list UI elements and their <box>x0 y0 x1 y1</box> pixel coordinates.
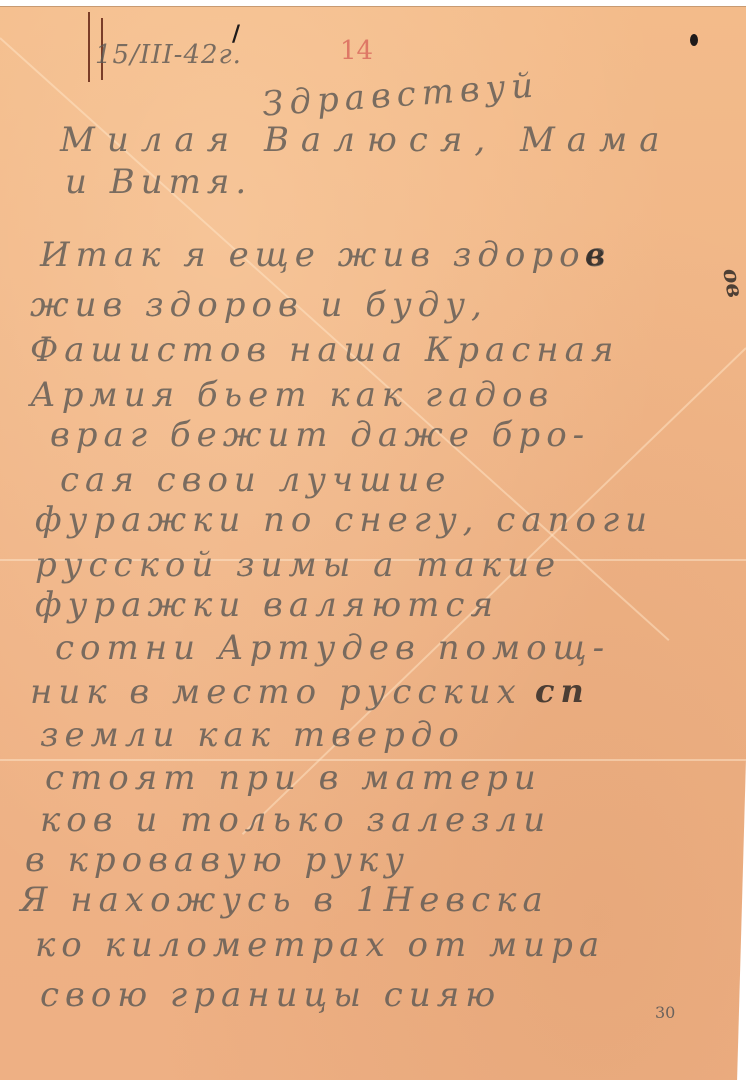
ink-blot <box>690 34 698 46</box>
letter-line: сая свои лучшие <box>60 460 451 500</box>
letter-line: в кровавую руку <box>25 840 410 880</box>
letter-line: фуражки валяются <box>35 585 499 625</box>
letter-line: фуражки по снегу, сапоги <box>35 500 653 540</box>
letter-line: Итак я еще жив здоров <box>40 235 611 275</box>
letter-line: враг бежит даже бро- <box>50 415 590 455</box>
dark-overwrite: в <box>585 238 611 273</box>
letter-line: сотни Артудев помощ- <box>55 628 610 668</box>
red-pencil-mark: 14 <box>340 36 373 66</box>
letter-line: Армия бьет как гадов <box>30 375 554 415</box>
dark-overwrite: сп <box>535 672 590 710</box>
letter-line: свою границы сияю <box>40 975 501 1015</box>
letter-date: 15/III-42г. <box>95 40 242 70</box>
letter-line: жив здоров и буду, <box>30 285 488 325</box>
letter-line: стоят при в матери <box>45 758 542 798</box>
letter-line: ник в место русских <box>30 672 522 712</box>
letter-line: ко километрах от мира <box>35 925 605 965</box>
dark-overwrite: ов <box>717 266 748 299</box>
letter-line: и Витя. <box>65 162 252 202</box>
page-number: 30 <box>655 1003 675 1022</box>
letter-line: Я нахожусь в 1Невска <box>20 880 549 920</box>
letter-line: земли как твердо <box>40 715 465 755</box>
letter-line: Фашистов нашa Красная <box>30 330 619 370</box>
letter-line: русской зимы а такие <box>35 545 561 585</box>
letter-line: ков и только залезли <box>40 800 551 840</box>
ink-stroke <box>88 12 90 82</box>
letter-line: Милая Валюся, Мама <box>60 120 672 160</box>
